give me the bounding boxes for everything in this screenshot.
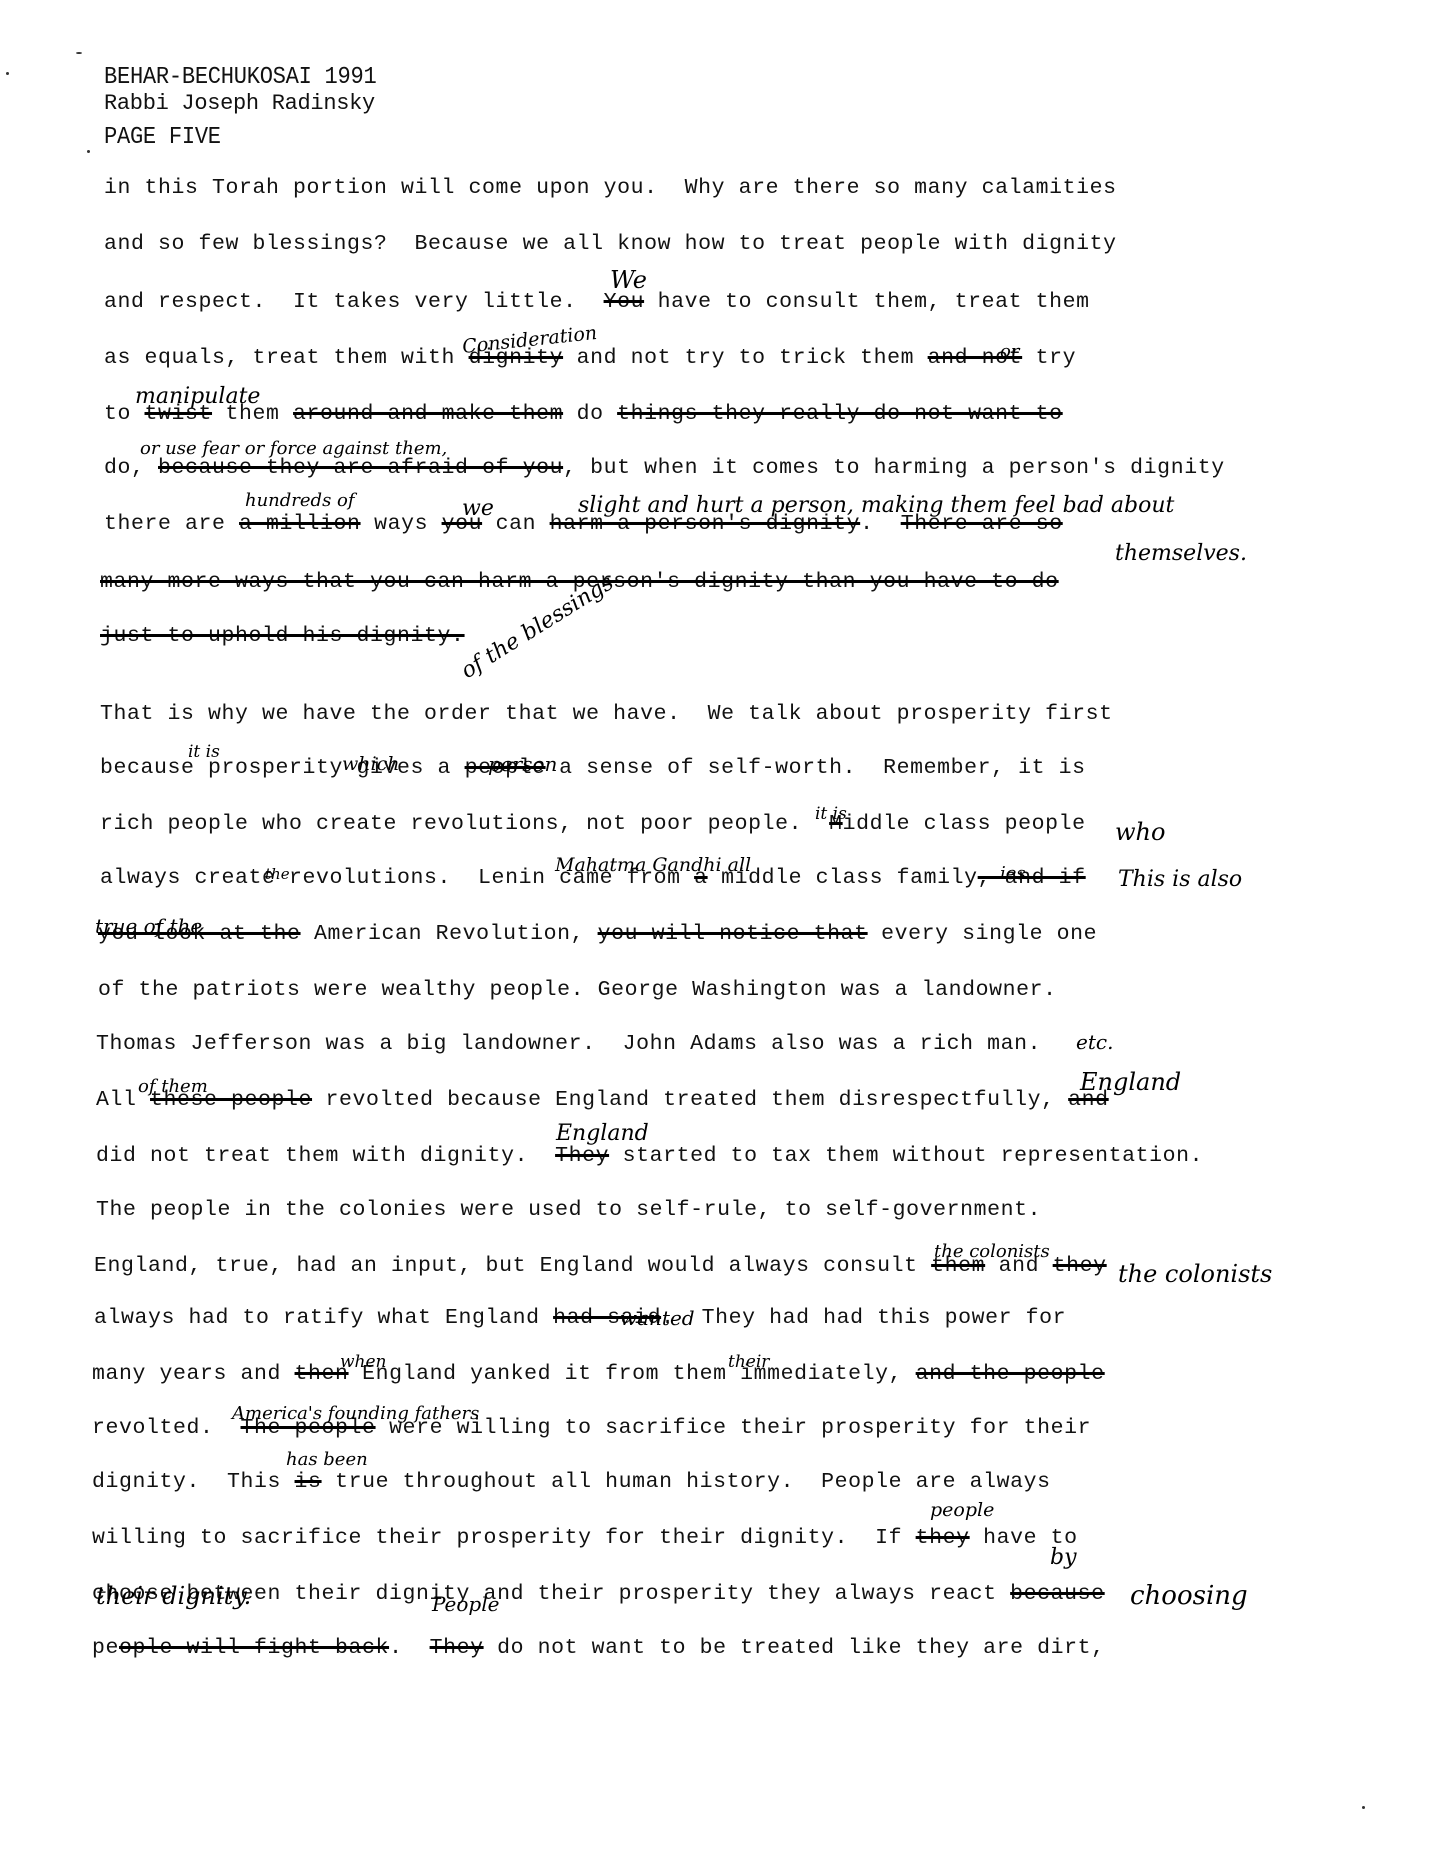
document-line: you look at the American Revolution, you… (98, 922, 1097, 946)
annotation: People (432, 1592, 499, 1616)
struck-text: , and if (978, 866, 1086, 890)
annotation: it is (188, 740, 220, 764)
annotation: it is (815, 802, 847, 826)
annotation: of them (138, 1075, 208, 1099)
typed-text: willing to sacrifice their prosperity fo… (92, 1526, 916, 1550)
document-line: willing to sacrifice their prosperity fo… (92, 1526, 1078, 1550)
struck-text: They (555, 1144, 609, 1168)
annotation: their dignity. (96, 1584, 251, 1608)
struck-text: things they really do not want to (617, 402, 1063, 426)
annotation: the colonists (1118, 1262, 1272, 1286)
annotation: the (265, 862, 290, 886)
typed-text: ways (361, 512, 442, 536)
typed-text: revolted because England treated them di… (312, 1088, 1068, 1112)
struck-text: around and make them (293, 402, 563, 426)
annotation: hundreds of (245, 489, 355, 513)
typed-text: do (563, 402, 617, 426)
document-line: people will fight back. They do not want… (92, 1636, 1105, 1660)
typed-text: in this Torah portion will come upon you… (104, 176, 1117, 200)
annotation: by (1050, 1546, 1077, 1570)
document-line: of the patriots were wealthy people. Geo… (98, 978, 1057, 1002)
typed-text: true throughout all human history. Peopl… (322, 1470, 1051, 1494)
scan-speck (76, 52, 82, 54)
typed-text: do not want to be treated like they are … (484, 1636, 1105, 1660)
scan-speck (6, 72, 9, 75)
document-line: Thomas Jefferson was a big landowner. Jo… (96, 1032, 1041, 1056)
annotation: people (930, 1498, 994, 1522)
typed-text: and respect. It takes very little. (104, 290, 604, 314)
struck-text: a million (239, 512, 361, 536)
typed-text: because prosperity gives a (100, 756, 465, 780)
annotation: manipulate (135, 385, 260, 409)
struck-text: They (430, 1636, 484, 1660)
typed-text: a sense of self-worth. Remember, it is (546, 756, 1086, 780)
document-author: Rabbi Joseph Radinsky (104, 92, 375, 116)
typed-text: , but when it comes to harming a person'… (563, 456, 1225, 480)
typed-text: were willing to sacrifice their prosperi… (376, 1416, 1092, 1440)
annotation: wanted (620, 1306, 695, 1330)
annotation: slight and hurt a person, making them fe… (578, 494, 1174, 518)
typed-text: and so few blessings? Because we all kno… (104, 232, 1117, 256)
document-title: BEHAR-BECHUKOSAI 1991 (104, 66, 376, 90)
typed-text: England yanked it from them immediately, (349, 1362, 916, 1386)
annotation: or use fear or force against them, (140, 437, 447, 461)
annotation: has been (286, 1448, 368, 1472)
typed-text: dignity. This (92, 1470, 295, 1494)
typed-text: there are (104, 512, 239, 536)
typed-text: England, true, had an input, but England… (94, 1254, 931, 1278)
annotation: themselves. (1115, 542, 1247, 566)
struck-text: is (295, 1470, 322, 1494)
document-line: All these people revolted because Englan… (96, 1088, 1109, 1112)
typed-text: started to tax them without representati… (609, 1144, 1203, 1168)
document-line: did not treat them with dignity. They st… (96, 1144, 1203, 1168)
document-line: dignity. This is true throughout all hum… (92, 1470, 1051, 1494)
typed-text: have to consult them, treat them (644, 290, 1090, 314)
scanned-document-page: BEHAR-BECHUKOSAI 1991 Rabbi Joseph Radin… (0, 0, 1430, 1851)
annotation: the colonists (934, 1240, 1050, 1264)
annotation: America's founding fathers (232, 1402, 479, 1426)
typed-text: pe (92, 1636, 119, 1660)
document-line: and respect. It takes very little. You h… (104, 290, 1090, 314)
document-line: because prosperity gives a people a sens… (100, 756, 1086, 780)
typed-text: always had to ratify what England (94, 1306, 553, 1330)
annotation: This is also (1118, 868, 1242, 892)
struck-text: you will notice that (598, 922, 868, 946)
scan-speck (1362, 1806, 1365, 1809)
annotation: choosing (1130, 1584, 1248, 1608)
annotation: when (340, 1350, 387, 1374)
document-line: always had to ratify what England had sa… (94, 1306, 1066, 1330)
struck-text: just to uphold his dignity. (100, 624, 465, 648)
scan-speck (87, 150, 90, 153)
document-line: many years and then England yanked it fr… (92, 1362, 1105, 1386)
typed-text: as equals, treat them with (104, 346, 469, 370)
annotation: their (728, 1350, 769, 1374)
typed-text: every single one (868, 922, 1098, 946)
document-line: just to uphold his dignity. (100, 624, 465, 648)
annotation: or (1000, 340, 1019, 364)
document-line: The people in the colonies were used to … (96, 1198, 1041, 1222)
annotation: Mahatma Gandhi all (555, 853, 751, 877)
annotation: etc. (1076, 1030, 1113, 1054)
typed-text: The people in the colonies were used to … (96, 1198, 1041, 1222)
annotation: we (462, 497, 494, 521)
page-label: PAGE FIVE (104, 126, 221, 150)
struck-text: and the people (916, 1362, 1105, 1386)
annotation: which (342, 752, 399, 776)
annotation: England (556, 1122, 649, 1146)
typed-text: Thomas Jefferson was a big landowner. Jo… (96, 1032, 1041, 1056)
annotation: person (488, 752, 557, 776)
document-line: That is why we have the order that we ha… (100, 702, 1113, 726)
typed-text: That is why we have the order that we ha… (100, 702, 1113, 726)
document-line: rich people who create revolutions, not … (100, 812, 1086, 836)
typed-text: . They had had this power for (661, 1306, 1066, 1330)
struck-text: ople will fight back (119, 1636, 389, 1660)
typed-text: . (389, 1636, 430, 1660)
annotation: true of the (95, 914, 202, 938)
annotation: who (1115, 820, 1165, 844)
struck-text: because (1010, 1582, 1105, 1606)
struck-text: they (916, 1526, 970, 1550)
struck-text: they (1053, 1254, 1107, 1278)
typed-text: iddle class people (843, 812, 1086, 836)
annotation: England (1080, 1070, 1181, 1094)
typed-text: and not try to trick them (563, 346, 928, 370)
typed-text: revolted. (92, 1416, 241, 1440)
annotation: We (610, 268, 647, 292)
document-line: as equals, treat them with dignity and n… (104, 346, 1076, 370)
annotation: ies. (1000, 862, 1031, 886)
typed-text: of the patriots were wealthy people. Geo… (98, 978, 1057, 1002)
document-line: and so few blessings? Because we all kno… (104, 232, 1117, 256)
document-line: in this Torah portion will come upon you… (104, 176, 1117, 200)
typed-text: American Revolution, (301, 922, 598, 946)
typed-text: try (1022, 346, 1076, 370)
typed-text: did not treat them with dignity. (96, 1144, 555, 1168)
typed-text: rich people who create revolutions, not … (100, 812, 829, 836)
typed-text: many years and (92, 1362, 295, 1386)
